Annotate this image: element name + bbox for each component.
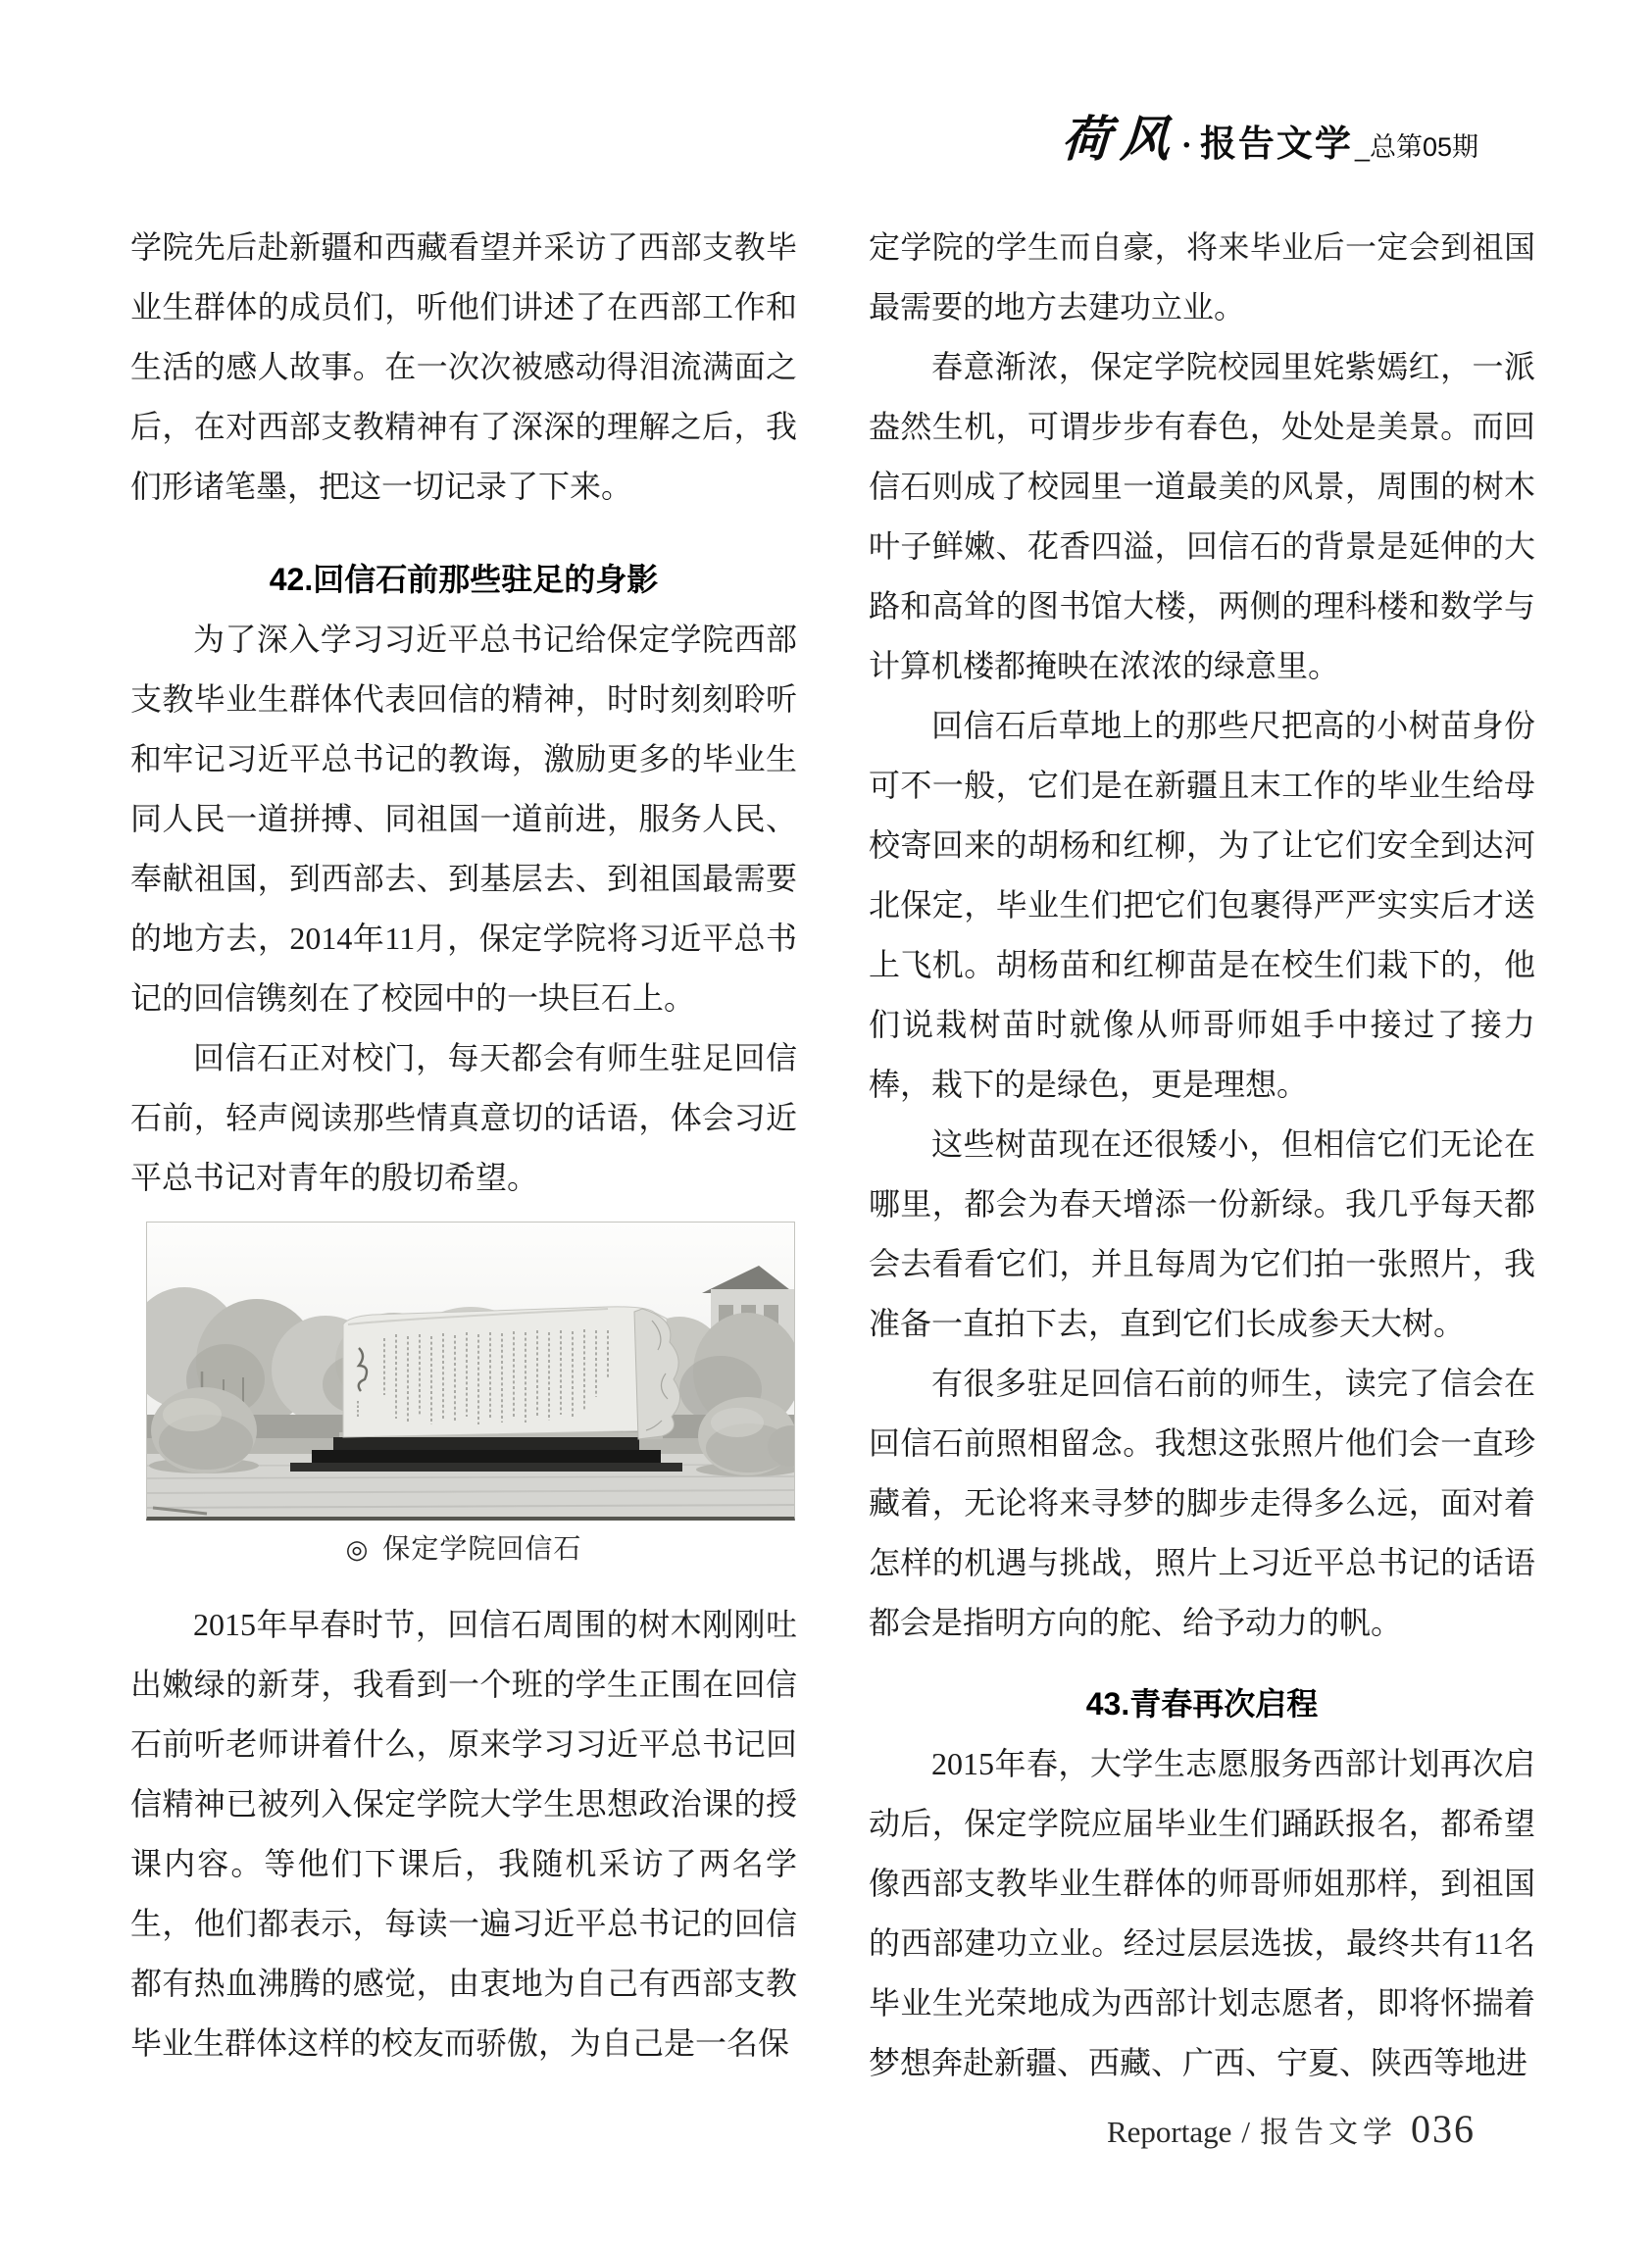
footer-label-en: Reportage: [1107, 2115, 1231, 2150]
photo-huixin-stone: [146, 1222, 795, 1521]
paragraph: 2015年春，大学生志愿服务西部计划再次启动后，保定学院应届毕业生们踊跃报名，都…: [869, 1734, 1535, 2093]
paragraph: 这些树苗现在还很矮小，但相信它们无论在哪里，都会为春天增添一份新绿。我几乎每天都…: [869, 1115, 1535, 1354]
paragraph-continued: 定学院的学生而自豪，将来毕业后一定会到祖国最需要的地方去建功立业。: [869, 218, 1535, 337]
left-column: 学院先后赴新疆和西藏看望并采访了西部支教毕业生群体的成员们，听他们讲述了在西部工…: [130, 218, 797, 2073]
paragraph: 回信石正对校门，每天都会有师生驻足回信石前，轻声阅读那些情真意切的话语，体会习近…: [130, 1028, 797, 1208]
magazine-brand-logo: 荷风: [1060, 100, 1181, 171]
magazine-section-title: 报告文学: [1200, 114, 1353, 167]
footer-label-zh: 报告文学: [1260, 2108, 1397, 2151]
photo-monument-stone: [343, 1307, 680, 1439]
paragraph: 有很多驻足回信石前的师生，读完了信会在回信石前照相留念。我想这张照片他们会一直珍…: [869, 1354, 1535, 1653]
page-number: 036: [1411, 2106, 1476, 2152]
footer-separator: /: [1241, 2115, 1250, 2150]
issue-number: _总第05期: [1355, 125, 1478, 164]
paragraph: 为了深入学习习近平总书记给保定学院西部支教毕业生群体代表回信的精神，时时刻刻聆听…: [130, 610, 797, 1028]
photo-pedestal: [290, 1432, 682, 1472]
caption-text: 保定学院回信石: [382, 1534, 581, 1565]
paragraph-continued: 学院先后赴新疆和西藏看望并采访了西部支教毕业生群体的成员们，听他们讲述了在西部工…: [130, 218, 797, 517]
photo-caption: ◎保定学院回信石: [130, 1530, 797, 1570]
page-header: 荷风 · 报告文学 _总第05期: [1062, 100, 1478, 171]
paragraph: 2015年早春时节，回信石周围的树木刚刚吐出嫩绿的新芽，我看到一个班的学生正围在…: [130, 1595, 797, 2073]
paragraph: 春意渐浓，保定学院校园里姹紫嫣红，一派盎然生机，可谓步步有春色，处处是美景。而回…: [869, 337, 1535, 696]
caption-marker-icon: ◎: [346, 1535, 370, 1564]
paragraph: 回信石后草地上的那些尺把高的小树苗身份可不一般，它们是在新疆且末工作的毕业生给母…: [869, 696, 1535, 1115]
right-column: 定学院的学生而自豪，将来毕业后一定会到祖国最需要的地方去建功立业。 春意渐浓，保…: [869, 218, 1535, 2093]
magazine-page: 荷风 · 报告文学 _总第05期 学院先后赴新疆和西藏看望并采访了西部支教毕业生…: [0, 0, 1652, 2246]
photo-scene: [147, 1223, 794, 1517]
section-heading-43: 43.青春再次启程: [869, 1674, 1535, 1734]
header-separator-dot: ·: [1181, 127, 1192, 165]
photo-figure: ◎保定学院回信石: [130, 1222, 797, 1570]
section-heading-42: 42.回信石前那些驻足的身影: [130, 550, 797, 610]
page-footer: Reportage / 报告文学 036: [1107, 2106, 1476, 2152]
